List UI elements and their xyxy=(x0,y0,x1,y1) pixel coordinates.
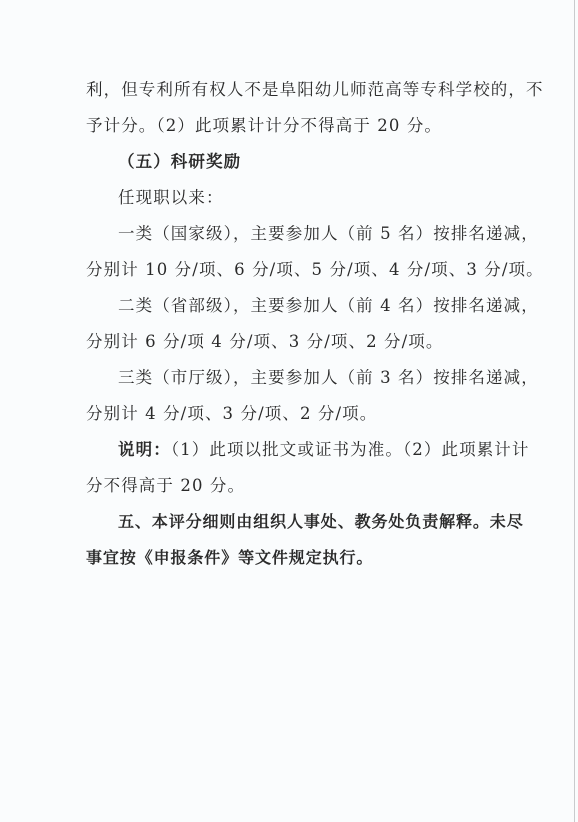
scanned-page-edge xyxy=(574,0,575,822)
text-line: 说明：（1）此项以批文或证书为准。（2）此项累计计 xyxy=(86,432,510,468)
text-line: 分别计 6 分/项 4 分/项、3 分/项、2 分/项。 xyxy=(86,324,510,360)
text-line: 二类（省部级），主要参加人（前 4 名）按排名递减， xyxy=(86,288,510,324)
paragraph-class-two: 二类（省部级），主要参加人（前 4 名）按排名递减， 分别计 6 分/项 4 分… xyxy=(86,288,510,360)
section-heading: （五）科研奖励 xyxy=(86,144,510,180)
text-line: 五、本评分细则由组织人事处、教务处负责解释。未尽 xyxy=(86,504,510,540)
document-body: 利，但专利所有权人不是阜阳幼儿师范高等专科学校的，不 予计分。（2）此项累计计分… xyxy=(86,72,510,576)
paragraph-class-three: 三类（市厅级），主要参加人（前 3 名）按排名递减， 分别计 4 分/项、3 分… xyxy=(86,360,510,432)
text-line: 分别计 10 分/项、6 分/项、5 分/项、4 分/项、3 分/项。 xyxy=(86,252,510,288)
text-line: 三类（市厅级），主要参加人（前 3 名）按排名递减， xyxy=(86,360,510,396)
text-line: 事宜按《申报条件》等文件规定执行。 xyxy=(86,540,510,576)
text-line: 分不得高于 20 分。 xyxy=(86,468,510,504)
text-line: 利，但专利所有权人不是阜阳幼儿师范高等专科学校的，不 xyxy=(86,72,510,108)
explanation-label: 说明： xyxy=(118,440,171,459)
explanation-text: （1）此项以批文或证书为准。（2）此项累计计 xyxy=(171,440,530,459)
text-line: 一类（国家级），主要参加人（前 5 名）按排名递减， xyxy=(86,216,510,252)
paragraph-since-current-post: 任现职以来： xyxy=(86,180,510,216)
text-line: 分别计 4 分/项、3 分/项、2 分/项。 xyxy=(86,396,510,432)
paragraph-final-clause: 五、本评分细则由组织人事处、教务处负责解释。未尽 事宜按《申报条件》等文件规定执… xyxy=(86,504,510,576)
paragraph-patent-note: 利，但专利所有权人不是阜阳幼儿师范高等专科学校的，不 予计分。（2）此项累计计分… xyxy=(86,72,510,144)
text-line: 予计分。（2）此项累计计分不得高于 20 分。 xyxy=(86,108,510,144)
paragraph-explanation: 说明：（1）此项以批文或证书为准。（2）此项累计计 分不得高于 20 分。 xyxy=(86,432,510,504)
paragraph-class-one: 一类（国家级），主要参加人（前 5 名）按排名递减， 分别计 10 分/项、6 … xyxy=(86,216,510,288)
